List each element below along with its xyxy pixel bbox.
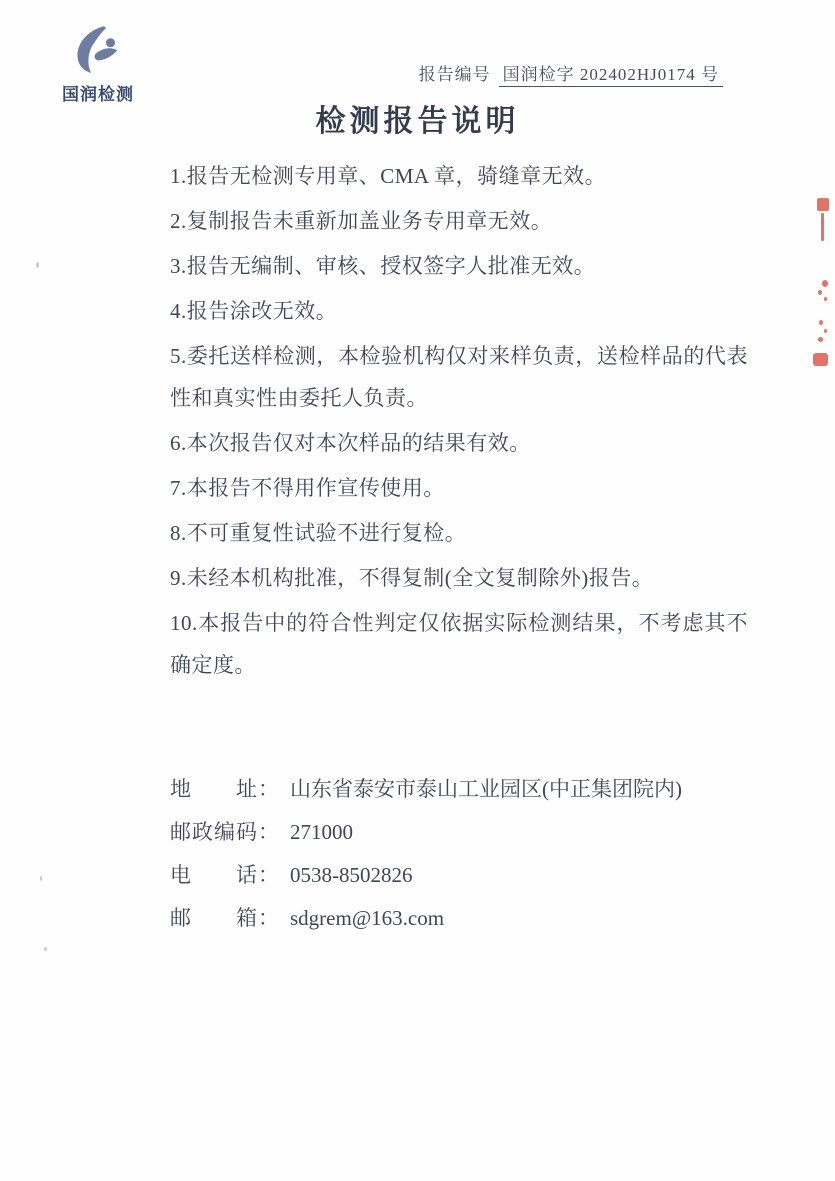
report-number-label: 报告编号: [419, 65, 491, 84]
note-item-8: 8.不可重复性试验不进行复检。: [170, 512, 748, 554]
contact-row-address: 地 址：山东省泰安市泰山工业园区(中正集团院内): [170, 768, 682, 811]
report-notes-page: 国润检测 报告编号国润检字 202402HJ0174 号 检测报告说明 1.报告…: [0, 0, 835, 1181]
phone-label: 电 话：: [170, 863, 280, 887]
stamp-bleed-mark: [821, 213, 824, 241]
scan-speck: [44, 947, 47, 951]
contact-row-postcode: 邮政编码：271000: [170, 811, 682, 854]
email-value: sdgrem@163.com: [290, 906, 444, 930]
stamp-bleed-mark: [817, 198, 829, 211]
page-title: 检测报告说明: [0, 96, 835, 140]
address-value: 山东省泰安市泰山工业园区(中正集团院内): [290, 777, 682, 801]
note-item-2: 2.复制报告未重新加盖业务专用章无效。: [170, 200, 748, 242]
note-item-4: 4.报告涂改无效。: [170, 290, 748, 332]
logo-swoosh-icon: [69, 24, 127, 78]
postcode-label: 邮政编码：: [170, 820, 280, 844]
phone-value: 0538-8502826: [290, 863, 413, 887]
address-label: 地 址：: [170, 777, 280, 801]
notes-list: 1.报告无检测专用章、CMA 章，骑缝章无效。 2.复制报告未重新加盖业务专用章…: [170, 155, 748, 689]
scan-speck: [36, 262, 39, 268]
stamp-bleed-mark: [818, 337, 823, 342]
report-number-value: 国润检字 202402HJ0174 号: [499, 65, 723, 87]
stamp-bleed-mark: [818, 290, 822, 295]
stamp-bleed-mark: [813, 353, 828, 366]
scan-speck: [40, 876, 42, 881]
company-logo: 国润检测: [46, 24, 150, 105]
stamp-bleed-mark: [819, 320, 823, 325]
contact-row-phone: 电 话：0538-8502826: [170, 854, 682, 897]
note-item-7: 7.本报告不得用作宣传使用。: [170, 467, 748, 509]
email-label: 邮 箱：: [170, 906, 280, 930]
stamp-bleed-mark: [824, 297, 827, 301]
note-item-6: 6.本次报告仅对本次样品的结果有效。: [170, 422, 748, 464]
note-item-5: 5.委托送样检测，本检验机构仅对来样负责，送检样品的代表性和真实性由委托人负责。: [170, 335, 748, 419]
contact-block: 地 址：山东省泰安市泰山工业园区(中正集团院内) 邮政编码：271000 电 话…: [170, 768, 682, 940]
stamp-bleed-mark: [824, 329, 827, 333]
stamp-bleed-mark: [822, 280, 828, 287]
note-item-10: 10.本报告中的符合性判定仅依据实际检测结果，不考虑其不确定度。: [170, 602, 748, 686]
report-number: 报告编号国润检字 202402HJ0174 号: [419, 60, 723, 85]
note-item-3: 3.报告无编制、审核、授权签字人批准无效。: [170, 245, 748, 287]
contact-row-email: 邮 箱：sdgrem@163.com: [170, 897, 682, 940]
note-item-9: 9.未经本机构批准，不得复制(全文复制除外)报告。: [170, 557, 748, 599]
postcode-value: 271000: [290, 820, 353, 844]
note-item-1: 1.报告无检测专用章、CMA 章，骑缝章无效。: [170, 155, 748, 197]
